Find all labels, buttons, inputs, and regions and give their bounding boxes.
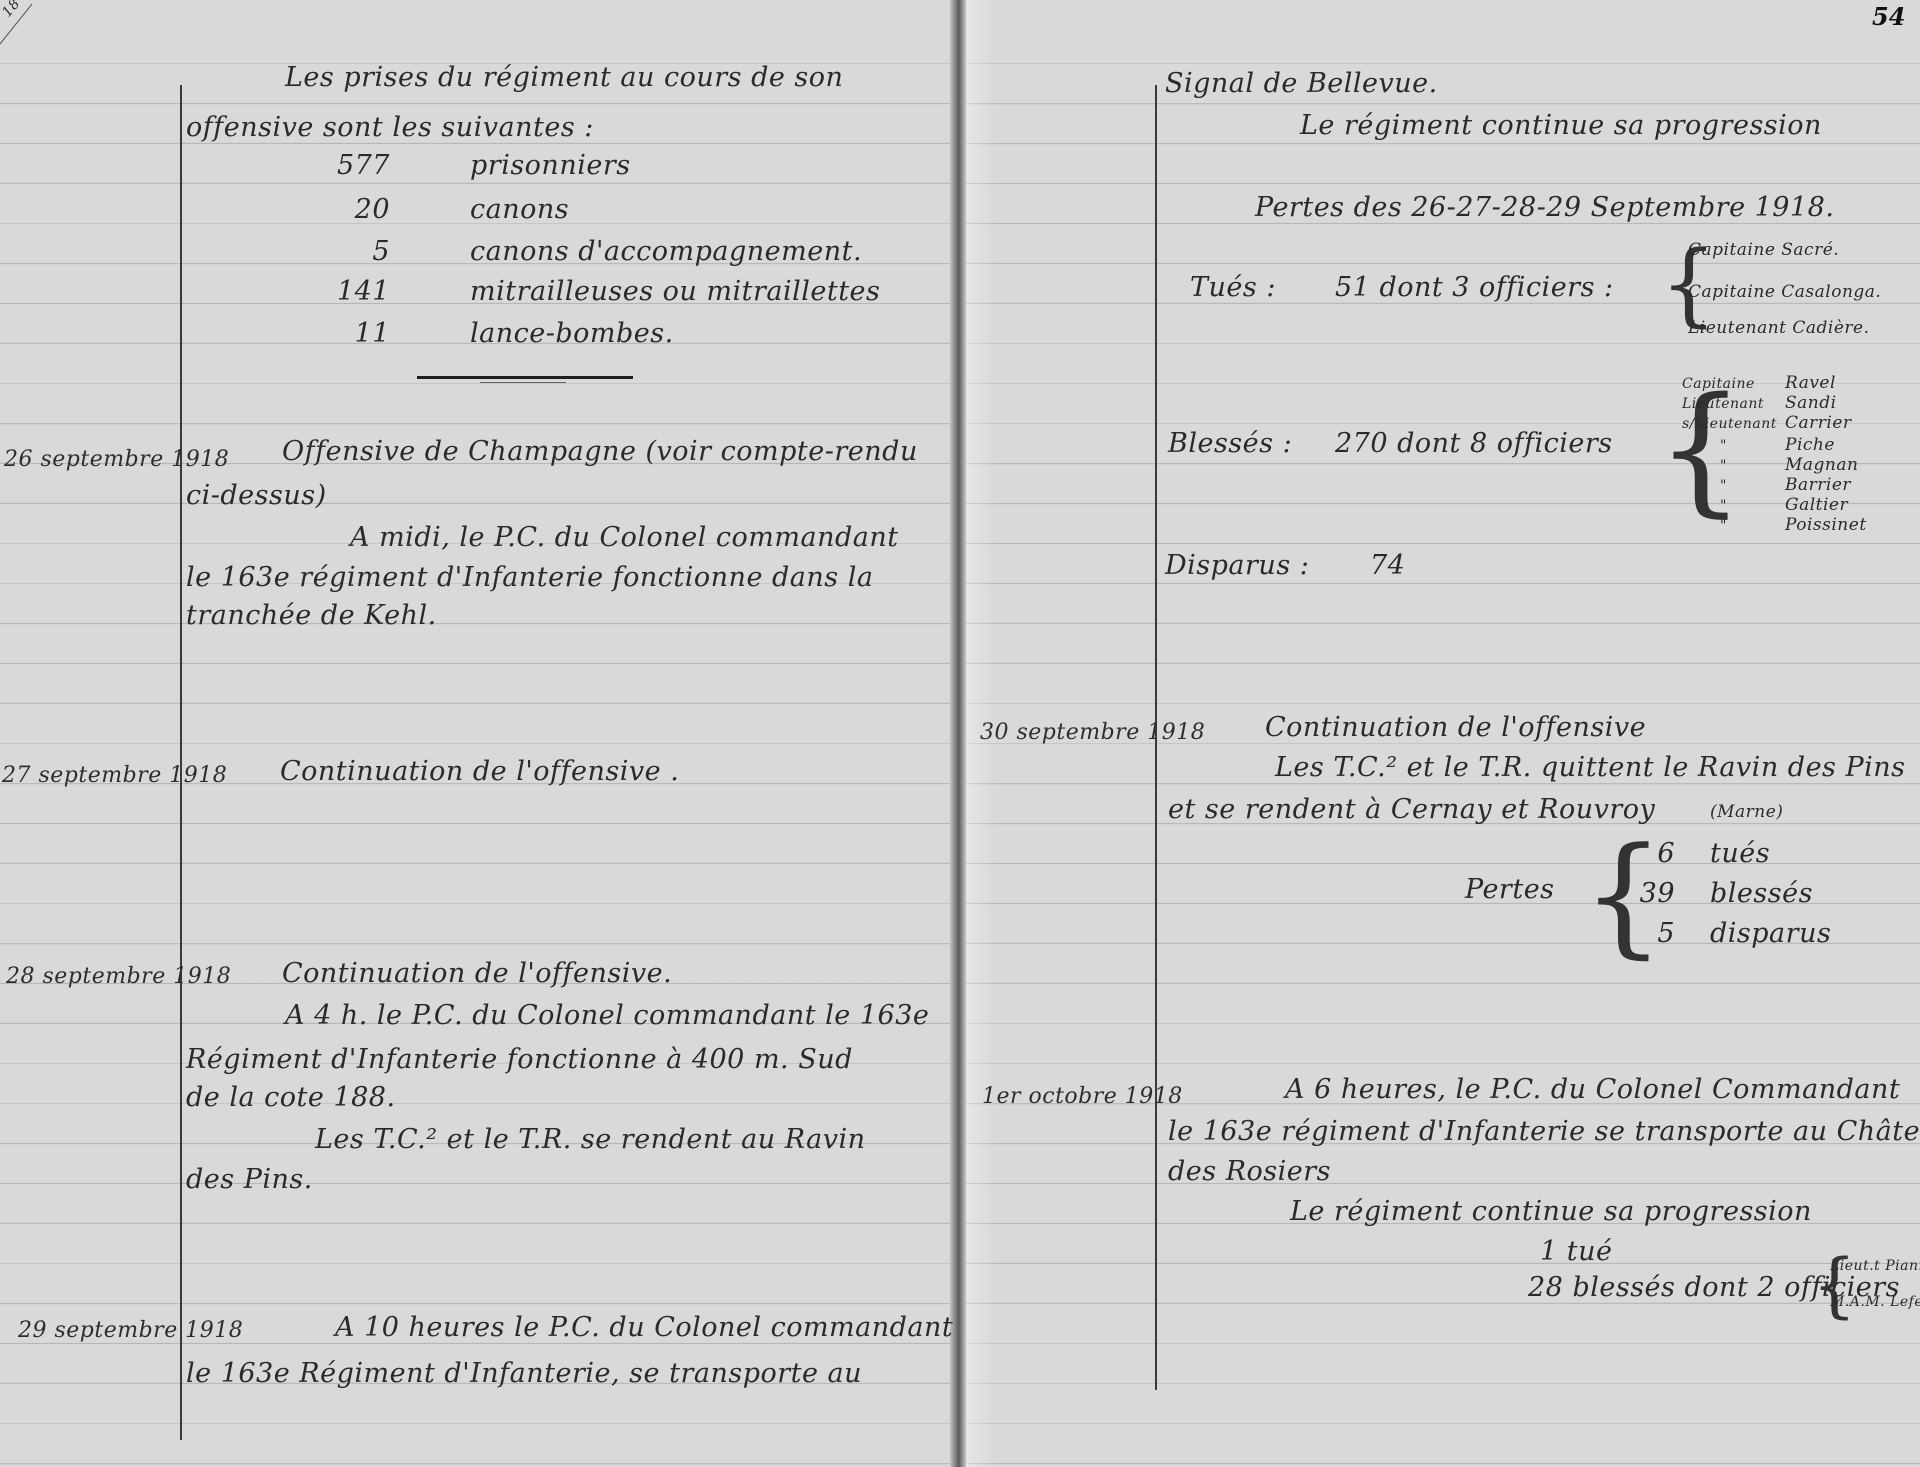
wounded-officer-rank: " (1720, 498, 1727, 514)
entry-line: A 10 heures le P.C. du Colonel commandan… (335, 1312, 953, 1343)
page-number: 54 (1872, 2, 1905, 31)
losses-label: Pertes (1465, 874, 1555, 905)
continuation-line2: Le régiment continue sa progression (1300, 110, 1822, 141)
book-gutter (950, 0, 966, 1467)
wounded-officer-name: Ravel (1785, 373, 1836, 393)
loss-label: tués (1710, 838, 1770, 869)
entry-line: Continuation de l'offensive . (280, 756, 679, 787)
wounded-officer-rank: " (1720, 458, 1727, 474)
entry-date: 1er octobre 1918 (982, 1084, 1183, 1109)
capture-label: lance-bombes. (470, 318, 674, 349)
captures-intro-line2: offensive sont les suivantes : (186, 112, 594, 143)
capture-count: 11 (320, 318, 390, 349)
entry-line: des Pins. (186, 1164, 313, 1195)
capture-label: mitrailleuses ou mitraillettes (470, 276, 880, 307)
oct1-officer: Lieut.t Pianne (1830, 1258, 1920, 1274)
wounded-officer-name: Sandi (1785, 393, 1837, 413)
entry-line: le 163e Régiment d'Infanterie, se transp… (186, 1358, 862, 1389)
killed-officer: Capitaine Sacré. (1688, 240, 1839, 260)
losses-title: Pertes des 26-27-28-29 Septembre 1918. (1255, 192, 1834, 223)
wounded-text: 270 dont 8 officiers (1335, 428, 1613, 459)
entry-date: 28 septembre 1918 (6, 964, 231, 989)
capture-label: canons d'accompagnement. (470, 236, 862, 267)
entry-line: le 163e régiment d'Infanterie se transpo… (1168, 1116, 1920, 1147)
entry-line: Le régiment continue sa progression (1290, 1196, 1812, 1227)
entry-line: Régiment d'Infanterie fonctionne à 400 m… (186, 1044, 853, 1075)
entry-date: 27 septembre 1918 (2, 763, 227, 788)
killed-label: Tués : (1190, 272, 1276, 303)
wounded-officer-name: Barrier (1785, 475, 1851, 495)
wounded-officer-name: Piche (1785, 435, 1835, 455)
wounded-officer-rank: s/Lieutenant (1682, 416, 1777, 432)
entry-line: tranchée de Kehl. (186, 600, 437, 631)
wounded-officer-rank: Capitaine (1682, 376, 1755, 392)
wounded-officer-name: Poissinet (1785, 515, 1867, 535)
entry-line: Offensive de Champagne (voir compte-rend… (282, 436, 918, 467)
capture-count: 20 (320, 194, 390, 225)
captures-intro-line1: Les prises du régiment au cours de son (285, 62, 843, 93)
wounded-officer-rank: " (1720, 478, 1727, 494)
oct1-officer: M.A.M. Lefebvre (1830, 1294, 1920, 1310)
wounded-officer-rank: " (1720, 518, 1727, 534)
entry-line: Continuation de l'offensive (1265, 712, 1646, 743)
loss-count: 6 (1605, 838, 1675, 869)
capture-count: 141 (320, 276, 390, 307)
wounded-label: Blessés : (1168, 428, 1292, 459)
wounded-officer-rank: " (1720, 438, 1727, 454)
entry-line: Continuation de l'offensive. (282, 958, 672, 989)
section-divider-underline (480, 382, 566, 383)
wounded-officer-name: Galtier (1785, 495, 1848, 515)
capture-label: canons (470, 194, 569, 225)
entry-line: Les T.C.² et le T.R. quittent le Ravin d… (1275, 752, 1906, 783)
entry-line: le 163e régiment d'Infanterie fonctionne… (186, 562, 873, 593)
entry-line: des Rosiers (1168, 1156, 1331, 1187)
killed-officer: Capitaine Casalonga. (1688, 282, 1881, 302)
missing-value: 74 (1370, 550, 1405, 581)
capture-count: 577 (320, 150, 390, 181)
entry-date: 29 septembre 1918 (18, 1318, 243, 1343)
entry-note: (Marne) (1710, 802, 1783, 822)
entry-line: A 4 h. le P.C. du Colonel commandant le … (285, 1000, 929, 1031)
missing-label: Disparus : (1165, 550, 1309, 581)
loss-label: disparus (1710, 918, 1831, 949)
entry-line: de la cote 188. (186, 1082, 396, 1113)
section-divider (417, 376, 633, 379)
oct1-killed: 1 tué (1540, 1236, 1612, 1267)
loss-count: 5 (1605, 918, 1675, 949)
entry-date: 30 septembre 1918 (980, 720, 1205, 745)
loss-count: 39 (1605, 878, 1675, 909)
wounded-officer-name: Magnan (1785, 455, 1858, 475)
entry-date: 26 septembre 1918 (4, 447, 229, 472)
entry-line: A 6 heures, le P.C. du Colonel Commandan… (1285, 1074, 1900, 1105)
wounded-officer-name: Carrier (1785, 413, 1852, 433)
killed-text: 51 dont 3 officiers : (1335, 272, 1614, 303)
killed-officer: Lieutenant Cadière. (1688, 318, 1870, 338)
capture-label: prisonniers (470, 150, 631, 181)
loss-label: blessés (1710, 878, 1813, 909)
continuation-line1: Signal de Bellevue. (1165, 68, 1438, 99)
entry-line: A midi, le P.C. du Colonel commandant (350, 522, 899, 553)
entry-line: Les T.C.² et le T.R. se rendent au Ravin (315, 1124, 866, 1155)
entry-line: ci-dessus) (186, 480, 327, 511)
capture-count: 5 (320, 236, 390, 267)
wounded-officer-rank: Lieutenant (1682, 396, 1764, 412)
